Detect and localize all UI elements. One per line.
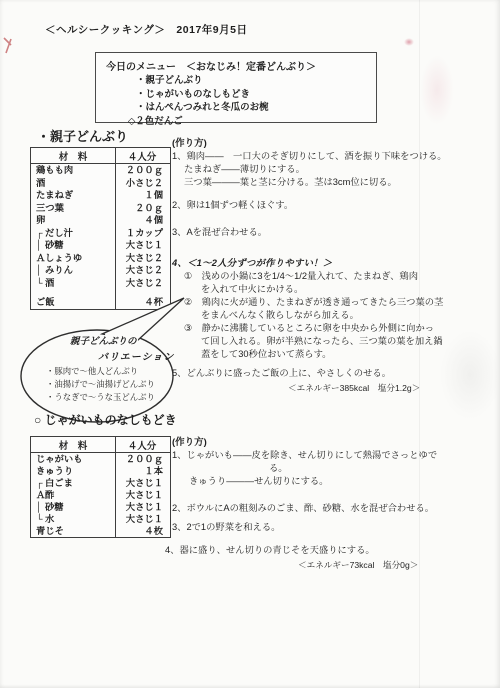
ingredient-name: 酒	[36, 178, 45, 188]
group-bracket: ┌	[36, 227, 45, 240]
ingredient-amount: ４枚	[115, 525, 169, 538]
recipe1-title: ・親子どんぶり	[37, 126, 128, 145]
ingredient-name: 鶏もも肉	[36, 165, 73, 175]
recipe1-table-rows: 鶏もも肉 ２００ｇ 酒 小さじ２ たまねぎ １個 三つ葉 ２０ｇ	[31, 164, 170, 309]
ingredient-name: 水	[45, 514, 54, 524]
group-bracket: │	[36, 239, 45, 252]
step-line: ＜エネルギー385kcal 塩分1.2g＞	[288, 382, 497, 395]
menu-title: 今日のメニュー ＜おなじみ！定番どんぶり＞	[106, 58, 376, 73]
ingredient-row: たまねぎ １個	[31, 189, 170, 202]
page-title: ＜ヘルシークッキング＞ 2017年9月5日	[45, 22, 247, 37]
step-line: ＜エネルギー73kcal 塩分0g＞	[298, 559, 497, 572]
step-line: きゅうり―――せん切りにする。	[172, 475, 497, 488]
group-bracket: Ａ	[36, 489, 45, 502]
recipe2-title: ○ じゃがいものなしもどき	[34, 411, 177, 428]
table-divider	[115, 148, 116, 309]
ingredient-amount: 大さじ２	[115, 252, 169, 265]
ingredient-row: └酒 大さじ２	[31, 277, 170, 290]
menu-item: ・はんぺんつみれと冬瓜のお椀	[136, 101, 376, 115]
ingredient-name: きゅうり	[36, 466, 73, 476]
table-header-row: 材 料 ４人分	[31, 437, 170, 453]
recipe2-step-lines: 1、じゃがいも――皮を除き、せん切りにして熱湯でさっとゆで る。 きゅうり―――…	[172, 449, 497, 572]
ingredient-amount: 大さじ１	[115, 501, 169, 514]
scan-ink-smudge	[420, 55, 454, 125]
recipe1-ingredients-table: 材 料 ４人分 鶏もも肉 ２００ｇ 酒 小さじ２ たまねぎ １個	[30, 147, 171, 310]
step-line: 2、卵は1個ずつ軽くほぐす。	[172, 199, 497, 212]
ingredient-row: 鶏もも肉 ２００ｇ	[31, 164, 170, 177]
ingredient-name: 砂糖	[45, 240, 64, 250]
recipe2-ingredients-table: 材 料 ４人分 じゃがいも ２００ｇ きゅうり １本 ┌白ごま 大さじ１	[30, 436, 171, 538]
ingredient-name: 酒	[45, 278, 54, 288]
menu-item: ◇２色だんご	[128, 115, 376, 129]
col-ingredients: 材 料	[31, 149, 115, 163]
group-bracket: └	[36, 513, 45, 526]
step-line: 三つ葉―――葉と茎に分ける。茎は3cm位に切る。	[172, 176, 497, 189]
group-bracket: Ａ	[36, 252, 45, 265]
ingredient-amount: １カップ	[115, 227, 169, 240]
ingredient-row: │みりん 大さじ２	[31, 264, 170, 277]
ingredient-name: 三つ葉	[36, 203, 64, 213]
step-line: 3、2で1の野菜を和える。	[172, 521, 497, 534]
ingredient-name: 白ごま	[45, 478, 73, 488]
ingredient-name: 青じそ	[36, 526, 64, 536]
step-line: たまねぎ――薄切りにする。	[172, 163, 497, 176]
ingredient-amount: 大さじ１	[115, 489, 169, 502]
ingredient-name: たまねぎ	[36, 190, 73, 200]
step-line: 2、ボウルにAの粗刻みのごま、酢、砂糖、水を混ぜ合わせる。	[172, 502, 497, 515]
menu-item: ・親子どんぶり	[136, 74, 376, 88]
ingredient-amount: ２００ｇ	[115, 164, 169, 177]
ingredient-name: みりん	[45, 265, 73, 275]
ingredient-amount: 大さじ１	[115, 239, 169, 252]
balloon-variations: ・豚肉で～他人どんぶり ・油揚げで～油揚げどんぶり ・うなぎで～うな玉どんぶり	[46, 365, 155, 404]
directions-heading: (作り方)	[172, 137, 497, 150]
ingredient-row: 青じそ ４枚	[31, 525, 170, 537]
ingredient-amount: １個	[115, 189, 169, 202]
ingredient-amount: ２００ｇ	[115, 453, 169, 466]
ingredient-row: └水 大さじ１	[31, 513, 170, 525]
ingredient-name: じゃがいも	[36, 454, 83, 464]
group-bracket: │	[36, 264, 45, 277]
ingredient-amount: 大さじ２	[115, 277, 169, 290]
step-line: る。	[172, 462, 497, 475]
ingredient-row: 三つ葉 ２０ｇ	[31, 202, 170, 215]
ingredient-row: じゃがいも ２００ｇ	[31, 453, 170, 465]
scan-ink-smudge	[404, 38, 414, 46]
variation-item: ・うなぎで～うな玉どんぶり	[46, 391, 155, 404]
ingredient-amount: 大さじ２	[115, 264, 169, 277]
col-servings: ４人分	[115, 149, 169, 163]
directions-heading: (作り方)	[172, 436, 497, 449]
ingredient-name: しょうゆ	[45, 253, 82, 263]
recipe2-table-rows: じゃがいも ２００ｇ きゅうり １本 ┌白ごま 大さじ１ Ａ酢 大さじ１	[31, 453, 170, 537]
ingredient-amount: 小さじ２	[115, 177, 169, 190]
table-header-row: 材 料 ４人分	[31, 148, 170, 164]
ingredient-name: だし汁	[45, 228, 73, 238]
ingredient-amount: ４個	[115, 214, 169, 227]
ingredient-amount: ２０ｇ	[115, 202, 169, 215]
ingredient-row: │砂糖 大さじ１	[31, 501, 170, 513]
ingredient-amount: 大さじ１	[115, 513, 169, 526]
group-bracket: └	[36, 277, 45, 290]
variation-item: ・油揚げで～油揚げどんぶり	[46, 378, 155, 391]
col-ingredients: 材 料	[31, 438, 115, 452]
ingredient-amount: １本	[115, 465, 169, 478]
red-pen-mark	[2, 36, 16, 56]
ingredient-row: Ａしょうゆ 大さじ２	[31, 252, 170, 265]
group-bracket: │	[36, 501, 45, 514]
ingredient-amount: 大さじ１	[115, 477, 169, 490]
ingredient-row: 卵 ４個	[31, 214, 170, 227]
ingredient-name: 砂糖	[45, 502, 64, 512]
group-bracket: ┌	[36, 477, 45, 490]
scanned-recipe-page: ＜ヘルシークッキング＞ 2017年9月5日 今日のメニュー ＜おなじみ！定番どん…	[0, 0, 500, 688]
menu-items: ・親子どんぶり ・じゃがいものなしもどき ・はんぺんつみれと冬瓜のお椀 ◇２色だ…	[96, 74, 376, 128]
todays-menu-box: 今日のメニュー ＜おなじみ！定番どんぶり＞ ・親子どんぶり ・じゃがいものなしも…	[95, 52, 377, 123]
ingredient-name: 酢	[45, 490, 54, 500]
ingredient-row: 酒 小さじ２	[31, 177, 170, 190]
recipe2-directions: (作り方) 1、じゃがいも――皮を除き、せん切りにして熱湯でさっとゆで る。 き…	[172, 436, 497, 572]
step-line: 4、＜1～2人分ずつが作りやすい！＞	[172, 257, 497, 270]
table-divider	[115, 437, 116, 537]
balloon-title-line1: 親子どんぶりの	[70, 333, 137, 347]
step-line: 1、鶏肉―― 一口大のそぎ切りにして、酒を振り下味をつける。	[172, 150, 497, 163]
ingredient-name: 卵	[36, 215, 45, 225]
variation-item: ・豚肉で～他人どんぶり	[46, 365, 155, 378]
ingredient-row: Ａ酢 大さじ１	[31, 489, 170, 501]
balloon-title-line2: バリエーション	[98, 348, 174, 363]
ingredient-row: きゅうり １本	[31, 465, 170, 477]
col-servings: ４人分	[115, 438, 169, 452]
menu-item: ・じゃがいものなしもどき	[136, 88, 376, 102]
step-line: 1、じゃがいも――皮を除き、せん切りにして熱湯でさっとゆで	[172, 449, 497, 462]
step-line: 4、器に盛り、せん切りの青じそを天盛りにする。	[165, 544, 497, 557]
step-line: ① 浅めの小鍋に3を1/4～1/2量入れて、たまねぎ、鶏肉	[172, 270, 497, 283]
ingredient-row: │砂糖 大さじ１	[31, 239, 170, 252]
ingredient-row: ┌白ごま 大さじ１	[31, 477, 170, 489]
ingredient-row: ┌だし汁 １カップ	[31, 227, 170, 240]
step-line: 3、Aを混ぜ合わせる。	[172, 226, 497, 239]
